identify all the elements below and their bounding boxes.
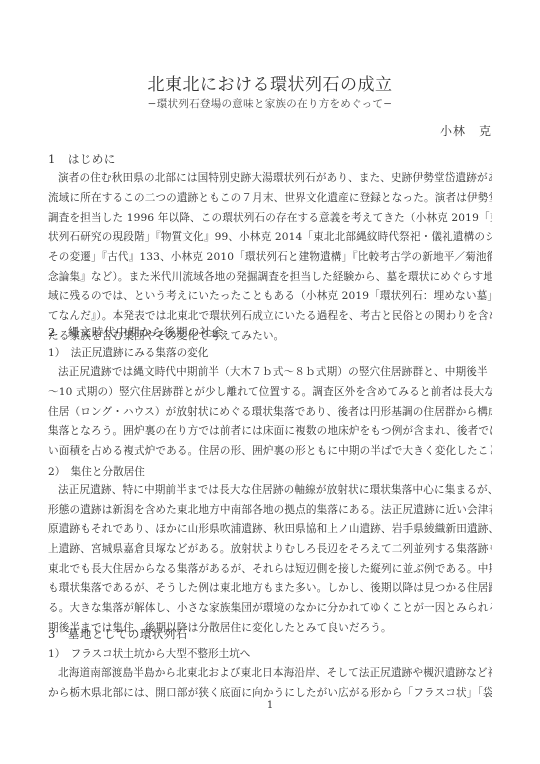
paragraph-line: 北海道南部渡島半島から北東北および東北日本海沿岸、そして法正尻遺跡や槻沢遺跡など… (58, 666, 492, 680)
paragraph-line: 集落となろう。囲炉裏の在り方では前者には床面に複数の地床炉をもつ例が含まれ、後者… (48, 424, 492, 438)
paragraph-line: てなんだ』）。本発表では北東北で環状列石成立にいたる過程を、考古と民俗との関わり… (48, 309, 492, 323)
paragraph-line: その変遷」『古代』133、小林克 2010「環状列石と建物遺構」『比較考古学の新… (48, 250, 492, 264)
author-name: 小林 克 (440, 122, 492, 139)
subsection-heading-2-1: 1） 法正尻遺跡にみる集落の変化 (48, 345, 208, 360)
subsection-heading-3-1: 1） フラスコ状土坑から大型不整形土坑へ (48, 646, 250, 661)
paragraph-line: 東北でも長大住居からなる集落があるが、それらは短辺側を接した縦列に並ぶ例である。… (48, 562, 492, 576)
paragraph-line: 上遺跡、宮城県嘉倉貝塚などがある。放射状よりむしろ長辺をそろえて二列並列する集落… (48, 542, 492, 556)
paragraph-line: 法正尻遺跡、特に中期前半までは長大な住居跡の軸線が放射状に環状集落中心に集まるが… (58, 483, 492, 497)
section-heading-1: 1 はじめに (48, 151, 116, 167)
paragraph-line: 法正尻遺跡では縄文時代中期前半（大木７ｂ式〜８ｂ式期）の竪穴住居跡群と、中期後半… (58, 365, 492, 379)
paragraph-line: 住居（ロング・ハウス）が放射状にめぐる環状集落であり、後者は円形基調の住居群から… (48, 405, 492, 419)
section-heading-3: 3 墓地としての環状列石 (48, 626, 188, 642)
subsection-heading-2-2: 2） 集住と分散居住 (48, 464, 145, 479)
paragraph-line: も環状集落であるが、そうした例は東北地方もまた多い。しかし、後期以降は見つかる住… (48, 581, 492, 595)
document-page: 北東北における環状列石の成立 −環状列石登場の意味と家族の在り方をめぐって− 小… (0, 0, 540, 764)
paragraph-line: から栃木県北部には、開口部が狭く底面に向かうにしたがい広がる形から「フラスコ状」… (48, 686, 492, 700)
document-subtitle: −環状列石登場の意味と家族の在り方をめぐって− (0, 96, 540, 111)
document-title: 北東北における環状列石の成立 (0, 70, 540, 95)
section-heading-2: 2 縄文時代中期から後期の社会 (48, 324, 224, 340)
paragraph-line: 状列石研究の現段階」『物質文化』99、小林克 2014「東北北部縄紋時代祭祀・儀… (48, 230, 492, 244)
paragraph-line: 演者の住む秋田県の北部には国特別史跡大湯環状列石があり、また、史跡伊勢堂岱遺跡が… (58, 171, 492, 185)
page-number: 1 (0, 700, 540, 711)
paragraph-line: 念論集』など）。また米代川流域各地の発掘調査を担当した経験から、墓を環状にめぐら… (48, 270, 492, 284)
paragraph-line: 流域に所在するこの二つの遺跡ともこの７月末、世界文化遺産に登録となった。演者は伊… (48, 191, 492, 205)
paragraph-line: 形態の遺跡は新潟を含めた東北地方中南部各地の拠点的集落にある。法正尻遺跡に近い会… (48, 503, 492, 517)
paragraph-line: い面積を占める複式炉である。住居の形、囲炉裏の形ともに中期の半ばで大きく変化した… (48, 444, 492, 458)
paragraph-line: 〜10 式期の）竪穴住居跡群とが少し離れて位置する。調査区外を含めてみると前者は… (48, 385, 492, 399)
paragraph-line: 域に残るのでは、という考えにいたったこともある（小林克 2019「環状列石：埋め… (48, 289, 492, 303)
paragraph-line: 調査を担当した 1996 年以降、この環状列石の存在する意義を考えてきた（小林克… (48, 211, 492, 225)
paragraph-line: 原遺跡もそれであり、ほかに山形県吹浦遺跡、秋田県協和上ノ山遺跡、岩手県綾織新田遺… (48, 522, 492, 536)
paragraph-line: る。大きな集落が解体し、小さな家族集団が環境のなかに分かれてゆくことが一因とみら… (48, 601, 492, 615)
